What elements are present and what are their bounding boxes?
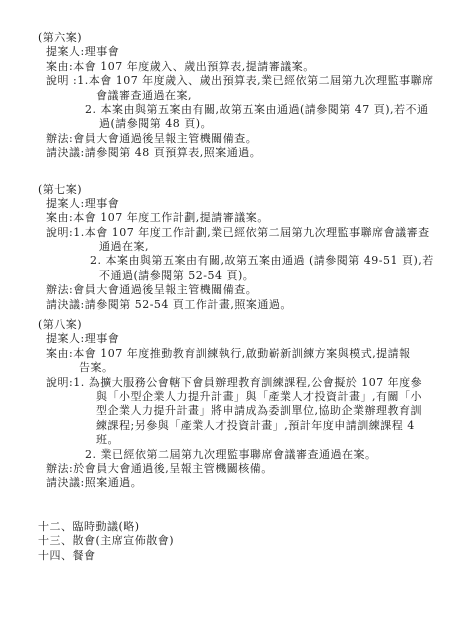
closing-agenda-block: 十二、臨時動議(略) 十三、散會(主席宣佈散會) 十四、餐會 [0, 520, 453, 563]
subject-line: 案由:本會 107 年度推動教育訓練執行,啟動嶄新訓練方案與模式,提請報 [0, 347, 453, 361]
explanation-item-line: 2. 本案由與第五案由有關,故第五案由通過(請參閱第 47 頁),若不通 [0, 103, 453, 117]
subject-line: 案由:本會 107 年度歲入、歲出預算表,提請審議案。 [0, 60, 453, 74]
subject-continuation-line: 告案。 [0, 361, 453, 375]
closing-item: 十四、餐會 [0, 549, 453, 563]
case-6-block: (第六案) 提案人:理事會 案由:本會 107 年度歲入、歲出預算表,提請審議案… [0, 31, 453, 161]
case-heading: (第八案) [0, 318, 453, 332]
document-page: (第六案) 提案人:理事會 案由:本會 107 年度歲入、歲出預算表,提請審議案… [0, 0, 453, 640]
closing-item: 十三、散會(主席宣佈散會) [0, 534, 453, 548]
closing-item: 十二、臨時動議(略) [0, 520, 453, 534]
resolution-line: 請決議:照案通過。 [0, 476, 453, 490]
explanation-item-line: 2. 業已經依第二屆第九次理監事聯席會議審查通過在案。 [0, 448, 453, 462]
explanation-item-line: 2. 本案由與第五案由有關,故第五案由通過 (請參閱第 49-51 頁),若 [0, 254, 453, 268]
explanation-continuation-line: 會議審查通過在案, [0, 89, 453, 103]
case-heading: (第七案) [0, 183, 453, 197]
method-line: 辦法:會員大會通過後呈報主管機關備查。 [0, 283, 453, 297]
explanation-line: 說明:1.本會 107 年度工作計劃,業已經依第二屆第九次理監事聯席會議審查 [0, 226, 453, 240]
case-8-block: (第八案) 提案人:理事會 案由:本會 107 年度推動教育訓練執行,啟動嶄新訓… [0, 318, 453, 491]
subject-line: 案由:本會 107 年度工作計劃,提請審議案。 [0, 211, 453, 225]
case-7-block: (第七案) 提案人:理事會 案由:本會 107 年度工作計劃,提請審議案。 說明… [0, 183, 453, 313]
proposer-line: 提案人:理事會 [0, 45, 453, 59]
explanation-continuation-line: 練課程;另參與「產業人才投資計畫」,預計年度申請訓練課程 4 [0, 419, 453, 433]
method-line: 辦法:會員大會通過後呈報主管機關備查。 [0, 132, 453, 146]
explanation-continuation-line: 班。 [0, 433, 453, 447]
resolution-line: 請決議:請參閱第 48 頁預算表,照案通過。 [0, 146, 453, 160]
case-heading: (第六案) [0, 31, 453, 45]
explanation-line: 說明 :1.本會 107 年度歲入、歲出預算表,業已經依第二屆第九次理監事聯席 [0, 74, 453, 88]
explanation-continuation-line: 型企業人力提升計畫」將申請成為委訓單位,協助企業辦理教育訓 [0, 404, 453, 418]
proposer-line: 提案人:理事會 [0, 197, 453, 211]
resolution-line: 請決議:請參閱第 52-54 頁工作計畫,照案通過。 [0, 298, 453, 312]
proposer-line: 提案人:理事會 [0, 332, 453, 346]
explanation-continuation-line: 通過在案, [0, 240, 453, 254]
explanation-continuation-line: 過(請參閱第 48 頁)。 [0, 117, 453, 131]
explanation-continuation-line: 不通過(請參閱第 52-54 頁)。 [0, 269, 453, 283]
explanation-continuation-line: 與「小型企業人力提升計畫」與「產業人才投資計畫」,有關「小 [0, 390, 453, 404]
method-line: 辦法:於會員大會通過後,呈報主管機關核備。 [0, 462, 453, 476]
explanation-line: 說明:1. 為擴大服務公會轄下會員辦理教育訓練課程,公會擬於 107 年度參 [0, 376, 453, 390]
